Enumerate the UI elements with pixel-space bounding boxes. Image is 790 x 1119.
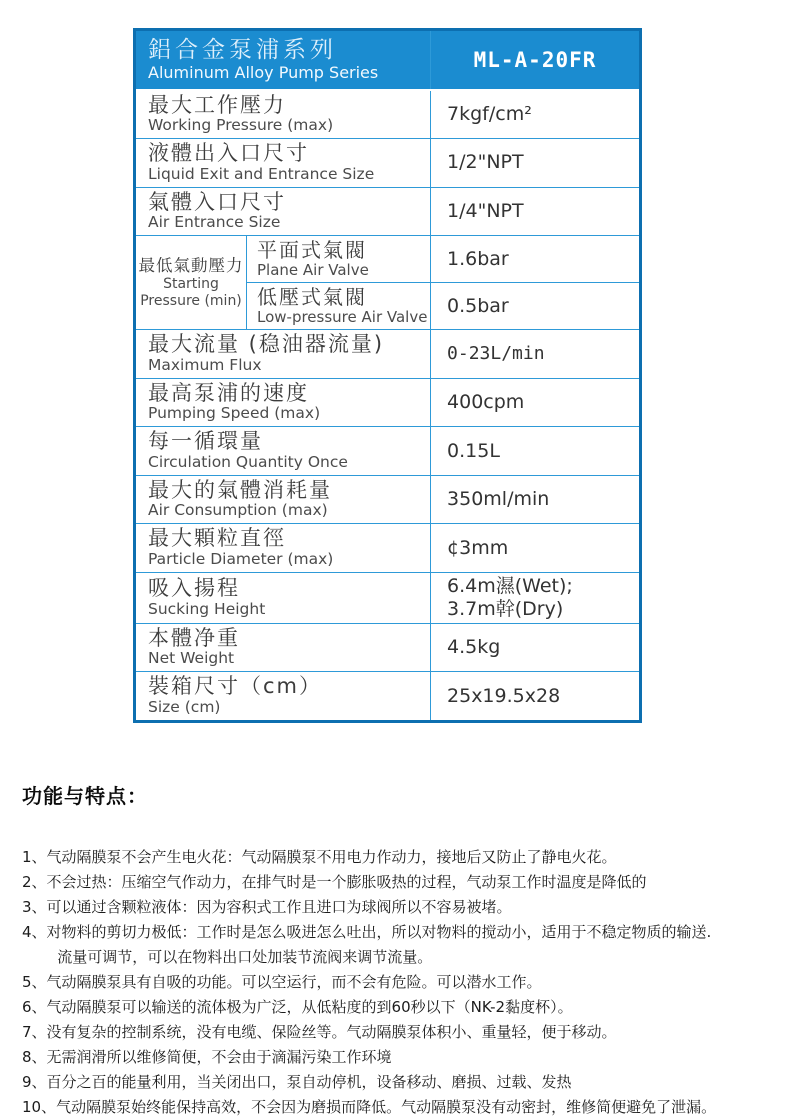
group-label-en-2: Pressure (min)	[138, 293, 244, 310]
spec-value: 1.6bar	[431, 236, 641, 283]
feature-item: 2、不会过热：压缩空气作动力，在排气时是一个膨胀吸热的过程，气动泵工作时温度是降…	[22, 870, 780, 895]
spec-label-en: Working Pressure (max)	[148, 117, 424, 134]
series-title-zh: 鋁合金泵浦系列	[148, 37, 424, 65]
feature-item: 5、气动隔膜泵具有自吸的功能。可以空运行，而不会有危险。可以潜水工作。	[22, 970, 780, 995]
spec-label-zh: 最大顆粒直徑	[148, 527, 424, 551]
spec-value: 7kgf/cm²	[431, 90, 641, 139]
features-list: 1、气动隔膜泵不会产生电火花：气动隔膜泵不用电力作动力，接地后又防止了静电火花。…	[22, 845, 780, 1119]
spec-label: 液體出入口尺寸 Liquid Exit and Entrance Size	[135, 139, 431, 188]
spec-value: 1/2"NPT	[431, 139, 641, 188]
spec-row-liquid-size: 液體出入口尺寸 Liquid Exit and Entrance Size 1/…	[135, 139, 641, 188]
spec-label: 最大流量 (稳油器流量) Maximum Flux	[135, 330, 431, 379]
spec-label-zh: 裝箱尺寸（cm）	[148, 675, 424, 699]
spec-label-en: Circulation Quantity Once	[148, 454, 424, 471]
spec-sublabel-zh: 平面式氣閥	[257, 239, 426, 262]
spec-label-zh: 吸入揚程	[148, 577, 424, 601]
spec-row-circulation-quantity: 每一循環量 Circulation Quantity Once 0.15L	[135, 427, 641, 476]
spec-label-zh: 最大的氣體消耗量	[148, 479, 424, 503]
spec-label-zh: 氣體入口尺寸	[148, 191, 424, 215]
spec-row-air-entrance: 氣體入口尺寸 Air Entrance Size 1/4"NPT	[135, 187, 641, 236]
spec-label: 最大的氣體消耗量 Air Consumption (max)	[135, 475, 431, 524]
group-label-en-1: Starting	[138, 276, 244, 293]
feature-item: 10、气动隔膜泵始终能保持高效，不会因为磨损而降低。气动隔膜泵没有动密封，维修简…	[22, 1095, 780, 1119]
spec-row-pumping-speed: 最高泵浦的速度 Pumping Speed (max) 400cpm	[135, 378, 641, 427]
spec-sublabel: 低壓式氣閥 Low-pressure Air Valve	[247, 283, 431, 330]
spec-label-zh: 液體出入口尺寸	[148, 142, 424, 166]
model-number: ML-A-20FR	[431, 30, 641, 90]
spec-value: ¢3mm	[431, 524, 641, 573]
spec-label: 最大顆粒直徑 Particle Diameter (max)	[135, 524, 431, 573]
spec-label-en: Pumping Speed (max)	[148, 405, 424, 422]
series-title-cell: 鋁合金泵浦系列 Aluminum Alloy Pump Series	[135, 30, 431, 90]
spec-sublabel-en: Plane Air Valve	[257, 262, 426, 279]
feature-item: 7、没有复杂的控制系统，没有电缆、保险丝等。气动隔膜泵体积小、重量轻，便于移动。	[22, 1020, 780, 1045]
spec-label-en: Particle Diameter (max)	[148, 551, 424, 568]
spec-label: 本體净重 Net Weight	[135, 623, 431, 672]
spec-label: 最大工作壓力 Working Pressure (max)	[135, 90, 431, 139]
spec-label: 氣體入口尺寸 Air Entrance Size	[135, 187, 431, 236]
spec-label-en: Air Entrance Size	[148, 214, 424, 231]
group-label-zh: 最低氣動壓力	[138, 256, 244, 277]
spec-row-air-consumption: 最大的氣體消耗量 Air Consumption (max) 350ml/min	[135, 475, 641, 524]
spec-value: 350ml/min	[431, 475, 641, 524]
table-header-row: 鋁合金泵浦系列 Aluminum Alloy Pump Series ML-A-…	[135, 30, 641, 90]
spec-row-packing-size: 裝箱尺寸（cm） Size (cm) 25x19.5x28	[135, 672, 641, 722]
starting-pressure-group-label: 最低氣動壓力 Starting Pressure (min)	[135, 236, 247, 330]
spec-sublabel-zh: 低壓式氣閥	[257, 286, 426, 309]
spec-value: 0.15L	[431, 427, 641, 476]
spec-label-en: Size (cm)	[148, 699, 424, 716]
spec-label-zh: 最大流量 (稳油器流量)	[148, 333, 424, 357]
feature-item: 8、无需润滑所以维修简便，不会由于滴漏污染工作环境	[22, 1045, 780, 1070]
feature-item: 6、气动隔膜泵可以输送的流体极为广泛，从低粘度的到60秒以下（NK-2黏度杯）。	[22, 995, 780, 1020]
feature-item: 3、可以通过含颗粒液体：因为容积式工作且进口为球阀所以不容易被堵。	[22, 895, 780, 920]
spec-label-en: Liquid Exit and Entrance Size	[148, 166, 424, 183]
spec-label: 裝箱尺寸（cm） Size (cm)	[135, 672, 431, 722]
feature-item: 4、对物料的剪切力极低：工作时是怎么吸进怎么吐出，所以对物料的搅动小，适用于不稳…	[22, 920, 780, 970]
spec-label-zh: 最高泵浦的速度	[148, 382, 424, 406]
spec-label-zh: 最大工作壓力	[148, 94, 424, 118]
spec-label-en: Air Consumption (max)	[148, 502, 424, 519]
spec-row-working-pressure: 最大工作壓力 Working Pressure (max) 7kgf/cm²	[135, 90, 641, 139]
spec-sheet-page: { "header": { "title_zh": "鋁合金泵浦系列", "ti…	[0, 0, 790, 1119]
spec-row-particle-diameter: 最大顆粒直徑 Particle Diameter (max) ¢3mm	[135, 524, 641, 573]
pump-spec-table: 鋁合金泵浦系列 Aluminum Alloy Pump Series ML-A-…	[133, 28, 642, 723]
spec-value: 6.4m濕(Wet); 3.7m幹(Dry)	[431, 573, 641, 624]
spec-label: 最高泵浦的速度 Pumping Speed (max)	[135, 378, 431, 427]
spec-sublabel: 平面式氣閥 Plane Air Valve	[247, 236, 431, 283]
spec-value: 4.5kg	[431, 623, 641, 672]
spec-value: 0-23L/min	[431, 330, 641, 379]
spec-label: 每一循環量 Circulation Quantity Once	[135, 427, 431, 476]
feature-item: 1、气动隔膜泵不会产生电火花：气动隔膜泵不用电力作动力，接地后又防止了静电火花。	[22, 845, 780, 870]
spec-label-en: Net Weight	[148, 650, 424, 667]
spec-value: 0.5bar	[431, 283, 641, 330]
spec-row-maximum-flux: 最大流量 (稳油器流量) Maximum Flux 0-23L/min	[135, 330, 641, 379]
spec-sublabel-en: Low-pressure Air Valve	[257, 309, 426, 326]
spec-value: 1/4"NPT	[431, 187, 641, 236]
features-section: 功能与特点： 1、气动隔膜泵不会产生电火花：气动隔膜泵不用电力作动力，接地后又防…	[22, 780, 780, 1119]
spec-row-net-weight: 本體净重 Net Weight 4.5kg	[135, 623, 641, 672]
spec-row-plane-air-valve: 最低氣動壓力 Starting Pressure (min) 平面式氣閥 Pla…	[135, 236, 641, 283]
series-title-en: Aluminum Alloy Pump Series	[148, 64, 424, 82]
spec-label-zh: 本體净重	[148, 627, 424, 651]
spec-label: 吸入揚程 Sucking Height	[135, 573, 431, 624]
spec-label-zh: 每一循環量	[148, 430, 424, 454]
spec-label-en: Maximum Flux	[148, 357, 424, 374]
spec-label-en: Sucking Height	[148, 601, 424, 618]
spec-value: 25x19.5x28	[431, 672, 641, 722]
spec-value: 400cpm	[431, 378, 641, 427]
feature-item: 9、百分之百的能量利用，当关闭出口，泵自动停机，设备移动、磨损、过载、发热	[22, 1070, 780, 1095]
features-heading: 功能与特点：	[22, 780, 780, 809]
spec-row-sucking-height: 吸入揚程 Sucking Height 6.4m濕(Wet); 3.7m幹(Dr…	[135, 573, 641, 624]
